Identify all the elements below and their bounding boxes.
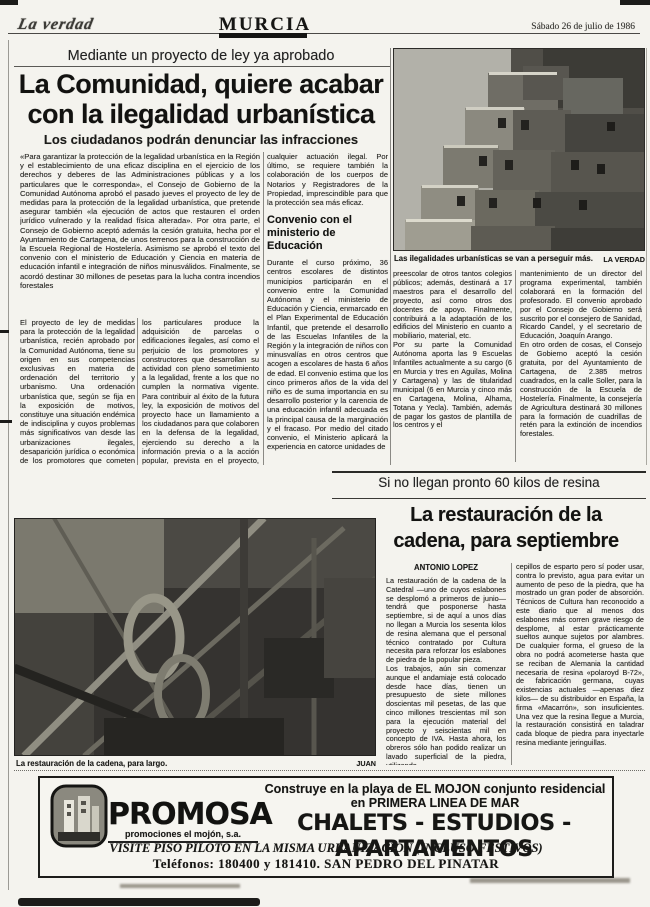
- scan-artifact: [470, 878, 630, 883]
- header-rule: [8, 33, 640, 34]
- promosa-logo-icon: [50, 784, 108, 848]
- article2-kicker: Si no llegan pronto 60 kilos de resina: [332, 475, 646, 490]
- scan-artifact: [120, 884, 240, 888]
- article1-column-2: los particulares produce la adquisición …: [142, 318, 259, 466]
- section-underline-bar: [219, 33, 307, 38]
- article1-column-1: El proyecto de ley de medidas para la pr…: [20, 318, 135, 466]
- ad-visit-line: VISITE PISO PILOTO EN LA MISMA URBANIZAC…: [48, 841, 604, 856]
- divider: [332, 498, 646, 499]
- article2-photo-credit: JUAN: [320, 759, 376, 768]
- scan-artifact: [620, 0, 650, 5]
- article1-kicker: Mediante un proyecto de ley ya aprobado: [14, 48, 388, 64]
- newspaper-page: La verdad MURCIA Sábado 26 de julio de 1…: [0, 0, 650, 907]
- article1-column-3a: cualquier actuación ilegal. Por último, …: [267, 152, 388, 207]
- column-divider: [137, 318, 138, 465]
- article1-photo-credit: LA VERDAD: [575, 255, 645, 264]
- chain-restoration-photo: [14, 518, 376, 756]
- article1-column-4: preescolar de otros tantos colegios públ…: [393, 270, 512, 466]
- article1-column-3: cualquier actuación ilegal. Por último, …: [267, 152, 388, 466]
- article1-headline: La Comunidad, quiere acabar con la ilega…: [14, 69, 388, 129]
- page-date: Sábado 26 de julio de 1986: [455, 22, 635, 32]
- promosa-brand-name: PROMOSA: [108, 797, 258, 832]
- article1-photo-caption: Las ilegalidades urbanísticas se van a p…: [394, 254, 594, 263]
- illegal-urbanism-photo: [393, 48, 645, 251]
- article1-column-3b: Durante el curso próximo, 36 centros esc…: [267, 258, 388, 451]
- column-divider: [390, 48, 391, 465]
- article2-headline: La restauración de la cadena, para septi…: [374, 502, 638, 554]
- ad-headline-line1: Construye en la playa de EL MOJON conjun…: [262, 782, 608, 796]
- scan-edge-line: [8, 40, 9, 890]
- article2-column-1: La restauración de la cadena de la Cated…: [386, 577, 506, 765]
- scan-artifact: [0, 330, 9, 333]
- column-divider: [511, 563, 512, 765]
- article2-column-2: cepillos de esparto pero sí poder usar, …: [516, 563, 644, 766]
- article2-photo-caption: La restauración de la cadena, para largo…: [16, 759, 276, 768]
- scan-edge-line: [646, 48, 647, 465]
- ad-headline-line2: en PRIMERA LINEA DE MAR: [262, 796, 608, 810]
- divider: [332, 471, 646, 473]
- article2-byline: ANTONIO LOPEZ: [384, 563, 508, 572]
- divider: [14, 66, 390, 67]
- divider: [14, 770, 645, 771]
- masthead-logo: La verdad: [16, 16, 95, 34]
- column-divider: [515, 270, 516, 462]
- article1-column-5: mantenimiento de un director del program…: [520, 270, 642, 466]
- article1-subhead: Los ciudadanos podrán denunciar las infr…: [14, 132, 388, 147]
- scan-artifact: [0, 420, 12, 423]
- column-divider: [263, 152, 264, 465]
- scan-artifact: [0, 0, 18, 5]
- article1-lead: «Para garantizar la protección de la leg…: [20, 152, 260, 316]
- scan-artifact: [18, 898, 260, 906]
- article1-crosshead: Convenio con el ministerio de Educación: [267, 214, 388, 253]
- ad-phones-line: Teléfonos: 180400 y 181410. SAN PEDRO DE…: [48, 856, 604, 872]
